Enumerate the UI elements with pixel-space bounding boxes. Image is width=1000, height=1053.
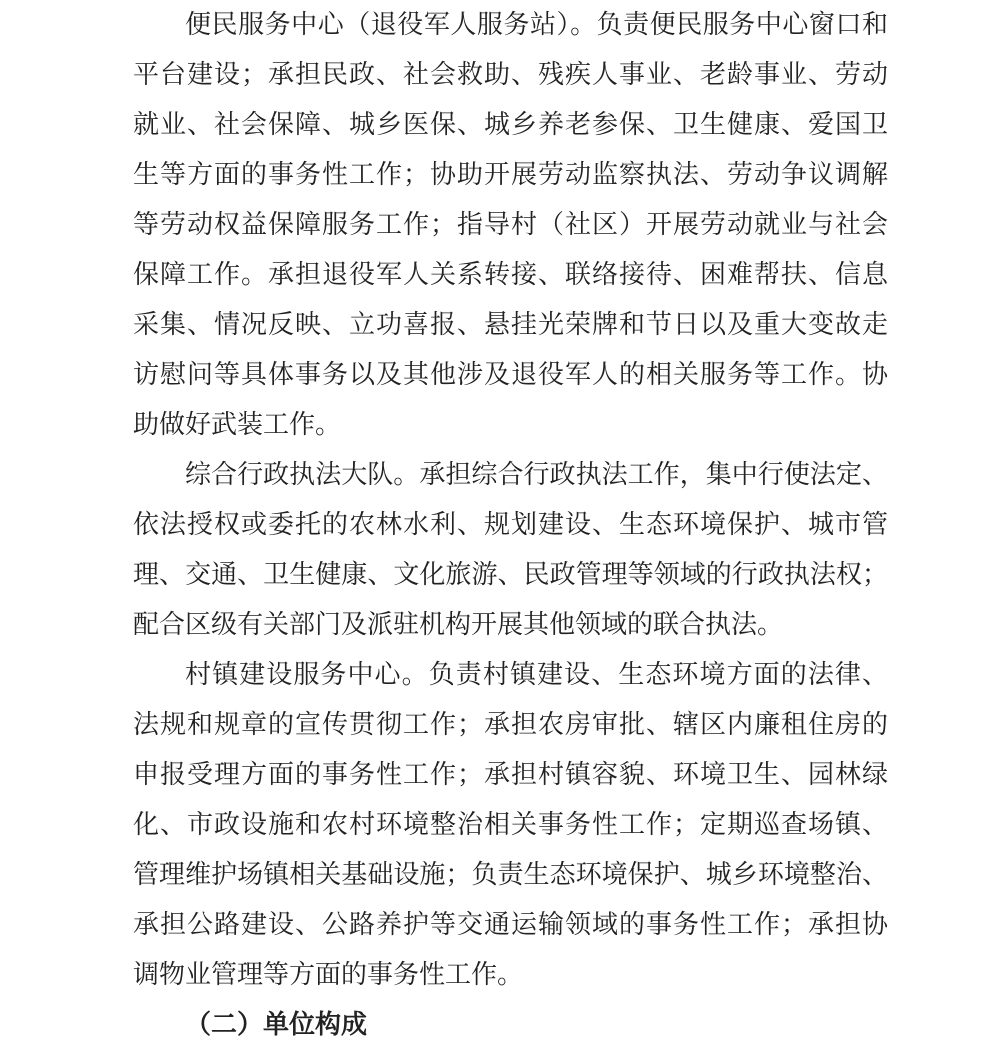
text-line: 平台建设；承担民政、社会救助、残疾人事业、老龄事业、劳动 [133,50,888,100]
text-line: 依法授权或委托的农林水利、规划建设、生态环境保护、城市管 [133,500,888,550]
text-line: 法规和规章的宣传贯彻工作；承担农房审批、辖区内廉租住房的 [133,700,888,750]
text-line: 申报受理方面的事务性工作；承担村镇容貌、环境卫生、园林绿 [133,750,888,800]
text-line: 助做好武装工作。 [133,400,888,450]
text-line: 综合行政执法大队。承担综合行政执法工作，集中行使法定、 [133,450,888,500]
paragraph-convenience-service-center: 便民服务中心（退役军人服务站）。负责便民服务中心窗口和 平台建设；承担民政、社会… [133,0,888,450]
paragraph-village-construction-service-center: 村镇建设服务中心。负责村镇建设、生态环境方面的法律、 法规和规章的宣传贯彻工作；… [133,650,888,1000]
section-heading: （二）单位构成 [133,1000,888,1050]
text-line: 承担公路建设、公路养护等交通运输领域的事务性工作；承担协 [133,900,888,950]
document-page: 便民服务中心（退役军人服务站）。负责便民服务中心窗口和 平台建设；承担民政、社会… [0,0,1000,1053]
text-line: 调物业管理等方面的事务性工作。 [133,950,888,1000]
text-line: 就业、社会保障、城乡医保、城乡养老参保、卫生健康、爱国卫 [133,100,888,150]
text-line: 等劳动权益保障服务工作；指导村（社区）开展劳动就业与社会 [133,200,888,250]
text-line: 理、交通、卫生健康、文化旅游、民政管理等领域的行政执法权； [133,550,888,600]
text-line: 化、市政设施和农村环境整治相关事务性工作；定期巡查场镇、 [133,800,888,850]
text-line: 访慰问等具体事务以及其他涉及退役军人的相关服务等工作。协 [133,350,888,400]
text-line: 村镇建设服务中心。负责村镇建设、生态环境方面的法律、 [133,650,888,700]
paragraph-comprehensive-law-enforcement-brigade: 综合行政执法大队。承担综合行政执法工作，集中行使法定、 依法授权或委托的农林水利… [133,450,888,650]
text-line: 生等方面的事务性工作；协助开展劳动监察执法、劳动争议调解 [133,150,888,200]
text-line: 配合区级有关部门及派驻机构开展其他领域的联合执法。 [133,600,888,650]
text-block: 便民服务中心（退役军人服务站）。负责便民服务中心窗口和 平台建设；承担民政、社会… [133,0,888,1050]
text-line: 采集、情况反映、立功喜报、悬挂光荣牌和节日以及重大变故走 [133,300,888,350]
text-line: 管理维护场镇相关基础设施；负责生态环境保护、城乡环境整治、 [133,850,888,900]
text-line: 便民服务中心（退役军人服务站）。负责便民服务中心窗口和 [133,0,888,50]
text-line: 保障工作。承担退役军人关系转接、联络接待、困难帮扶、信息 [133,250,888,300]
